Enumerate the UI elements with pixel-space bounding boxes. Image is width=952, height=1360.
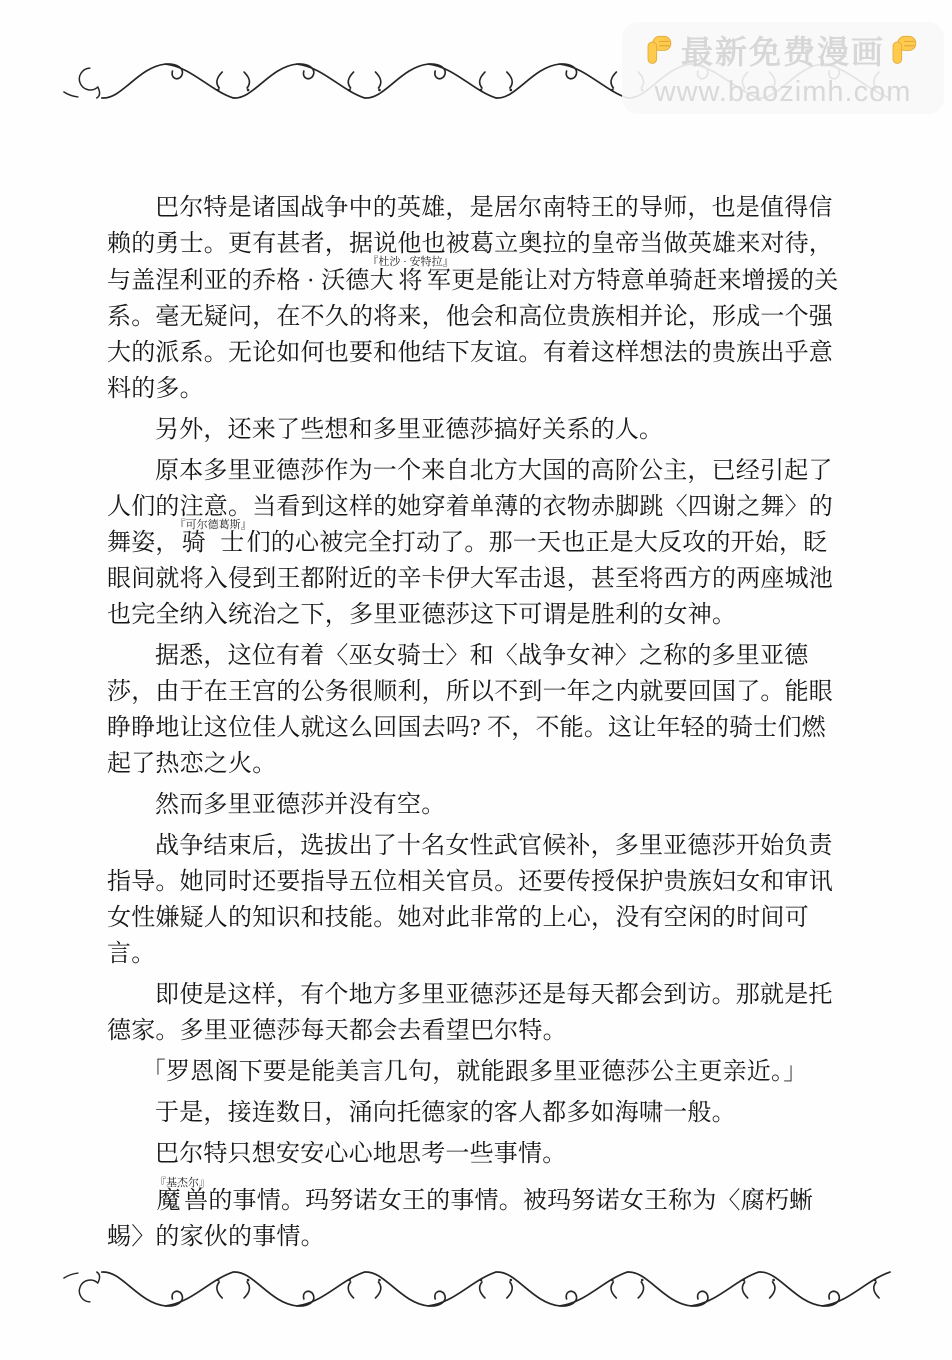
ruby-annotated-term: 骑士『可尔德葛斯』 bbox=[180, 530, 247, 556]
paragraph: 魔兽『基杰尔』的事情。玛努诺女王的事情。被玛努诺女王称为〈腐朽蜥蜴〉的家伙的事情… bbox=[107, 1177, 847, 1255]
watermark-title: 最新免费漫画 bbox=[681, 27, 885, 73]
paragraph: 于是，接连数日，涌向托德家的客人都多如海啸一般。 bbox=[107, 1095, 847, 1131]
paragraph: 原本多里亚德莎作为一个来自北方大国的高阶公主，已经引起了人们的注意。当看到这样的… bbox=[107, 453, 847, 633]
watermark-title-row: 最新免费漫画 bbox=[645, 27, 921, 73]
page-background: 最新免费漫画 www.baozimh.com 巴尔特是诸国战争中的英雄，是居尔南… bbox=[0, 0, 952, 1360]
paragraph: 巴尔特是诸国战争中的英雄，是居尔南特王的导师，也是值得信赖的勇士。更有甚者，据说… bbox=[107, 190, 847, 407]
point-down-right-icon bbox=[890, 34, 921, 67]
ruby-annotated-term: 魔兽『基杰尔』 bbox=[155, 1188, 208, 1214]
ruby-annotated-term: 大将军『杜沙 · 安特拉』 bbox=[370, 268, 452, 294]
paragraph: 据悉，这位有着〈巫女骑士〉和〈战争女神〉之称的多里亚德莎，由于在王宫的公务很顺利… bbox=[107, 638, 847, 782]
paragraph: 另外，还来了些想和多里亚德莎搞好关系的人。 bbox=[107, 412, 847, 448]
paragraph: 然而多里亚德莎并没有空。 bbox=[107, 787, 847, 823]
page-text: 巴尔特是诸国战争中的英雄，是居尔南特王的导师，也是值得信赖的勇士。更有甚者，据说… bbox=[107, 190, 847, 1255]
paragraph: 即使是这样，有个地方多里亚德莎还是每天都会到访。那就是托德家。多里亚德莎每天都会… bbox=[107, 977, 847, 1049]
point-down-left-icon bbox=[645, 34, 676, 67]
watermark-url: www.baozimh.com bbox=[655, 76, 912, 109]
paragraph: 巴尔特只想安安心心地思考一些事情。 bbox=[107, 1136, 847, 1172]
bottom-flourish-border bbox=[56, 1256, 896, 1318]
dialogue-paragraph: 「罗恩阁下要是能美言几句，就能跟多里亚德莎公主更亲近。」 bbox=[107, 1054, 847, 1090]
watermark-badge[interactable]: 最新免费漫画 www.baozimh.com bbox=[622, 22, 944, 114]
paragraph: 战争结束后，选拔出了十名女性武官候补，多里亚德莎开始负责指导。她同时还要指导五位… bbox=[107, 828, 847, 972]
